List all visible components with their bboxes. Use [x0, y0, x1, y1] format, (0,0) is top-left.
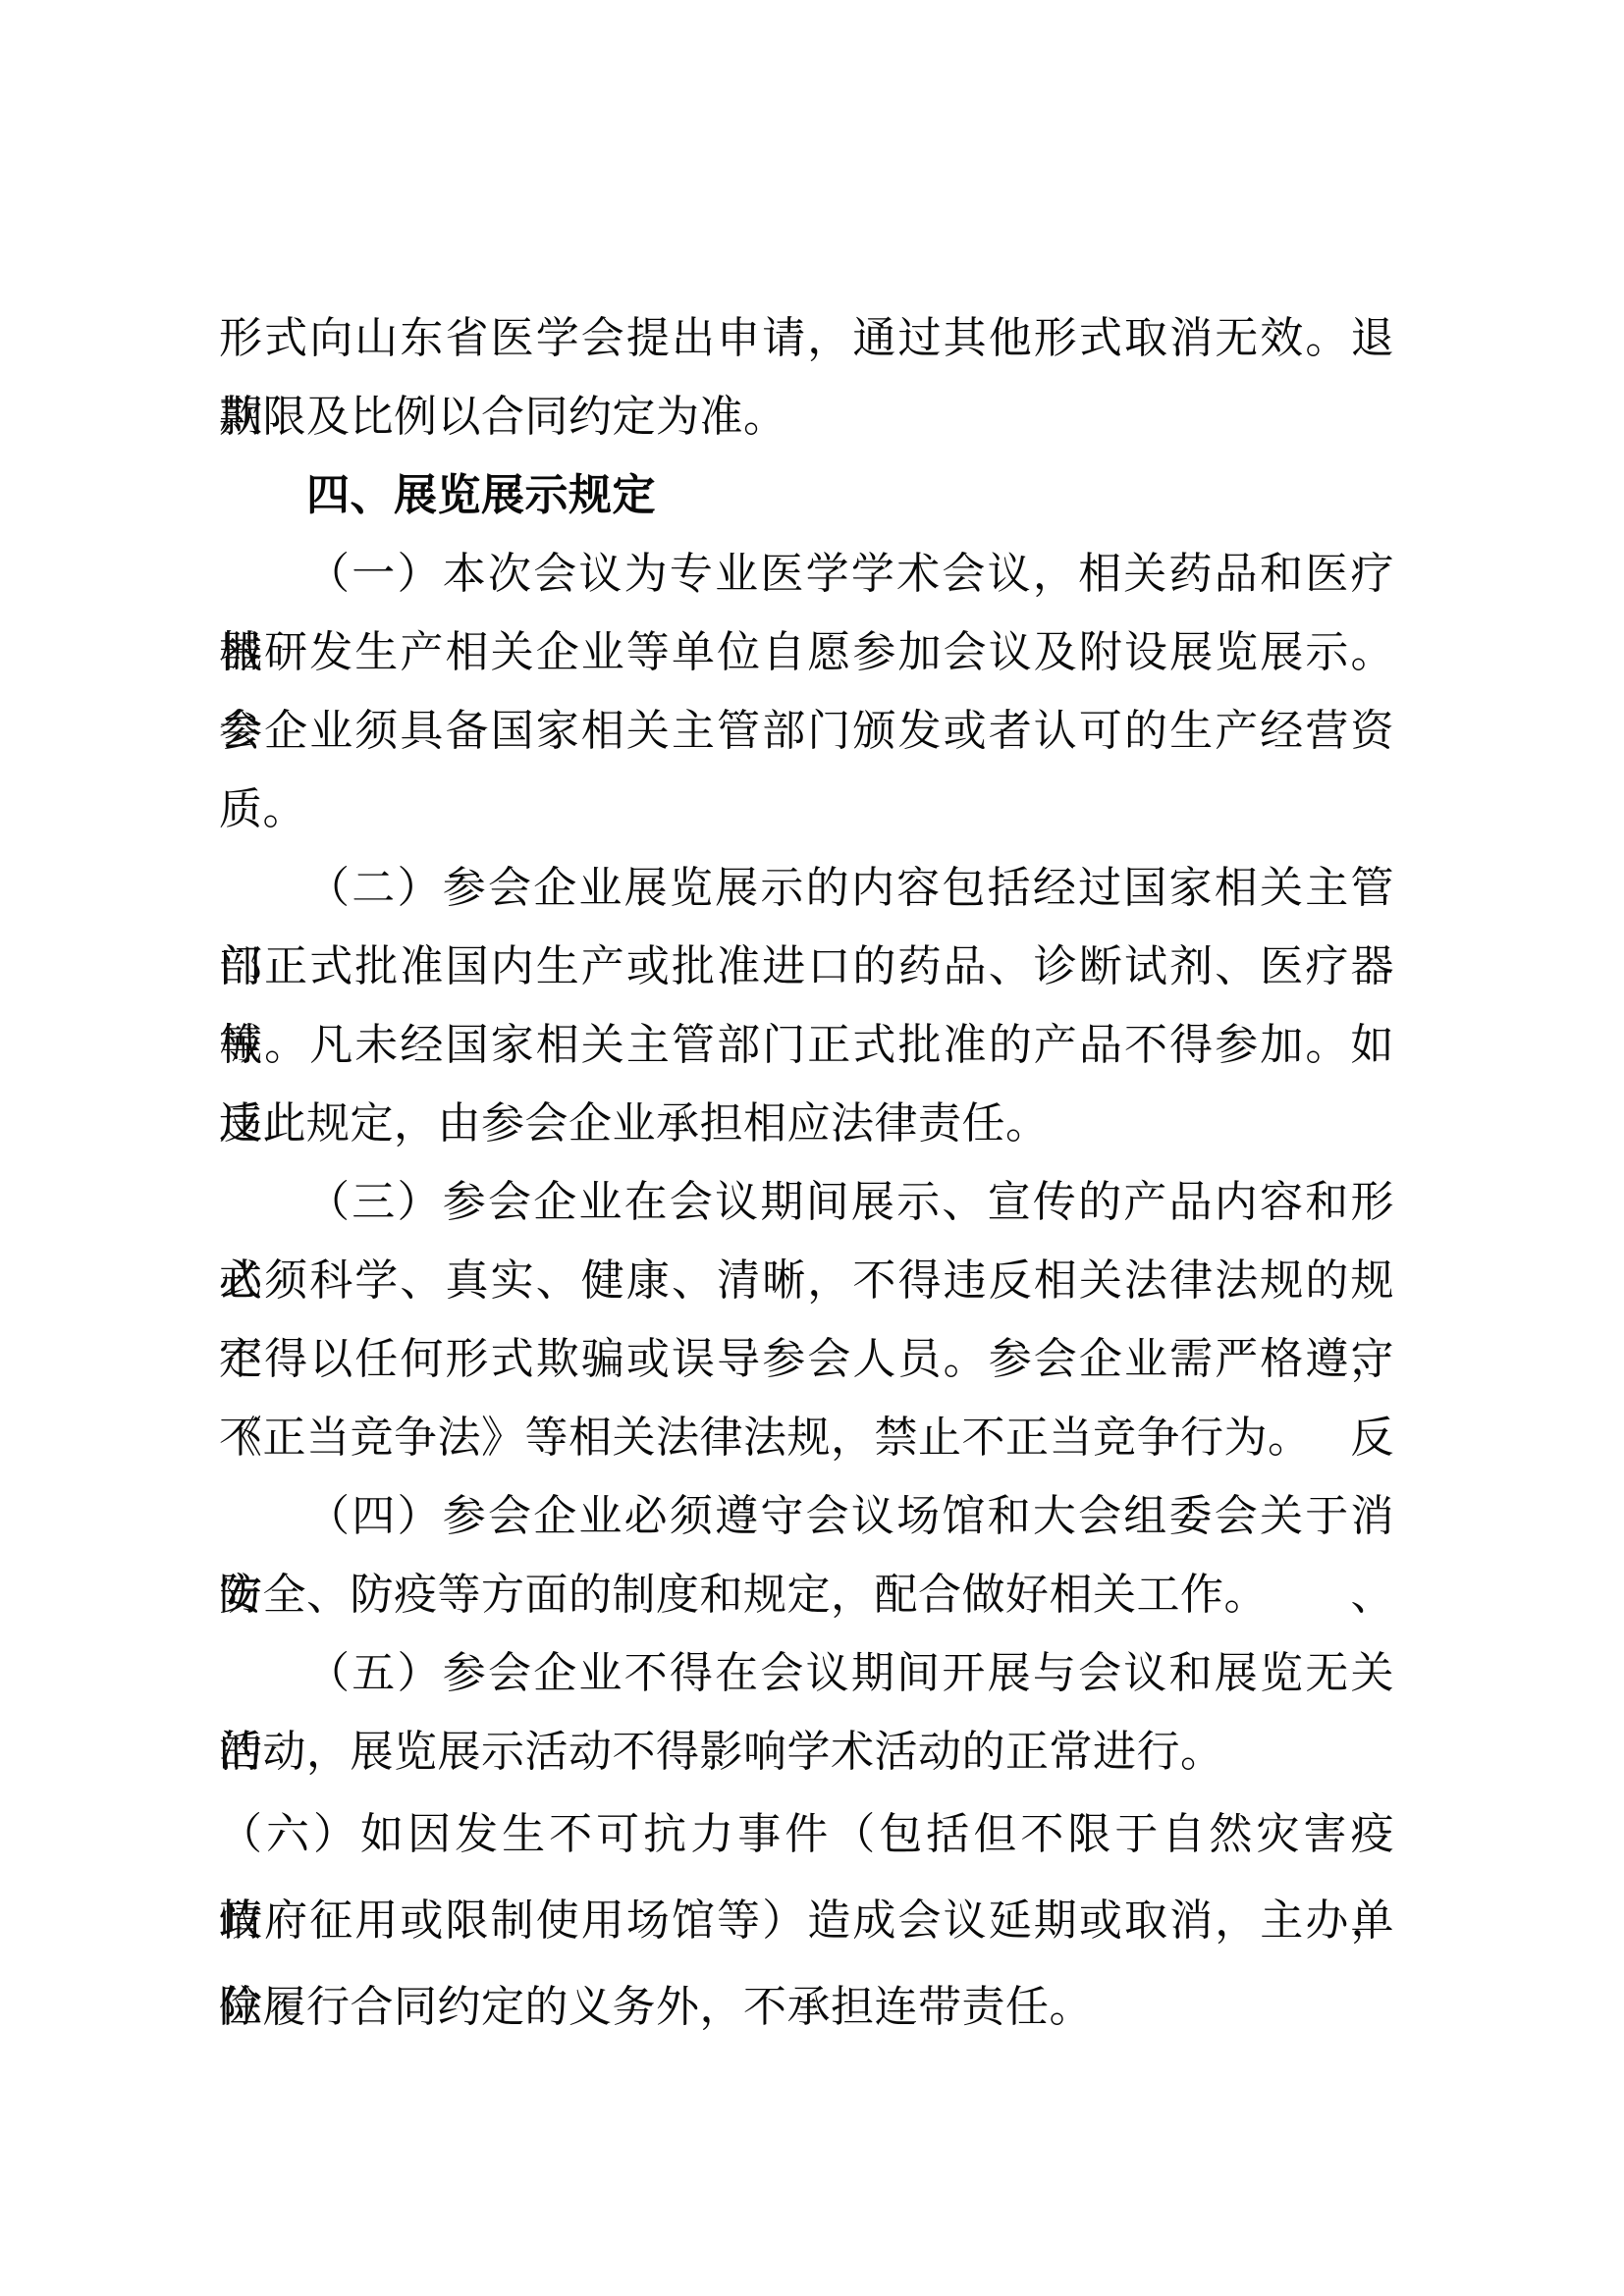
document-page: 形式向山东省医学会提出申请，通过其他形式取消无效。退款期限及比例以合同约定为准。…	[0, 0, 1624, 2296]
text-line: 不正当竞争法》等相关法律法规，禁止不正当竞争行为。	[219, 1399, 1394, 1477]
text-line: 门正式批准国内生产或批准进口的药品、诊断试剂、医疗器械	[219, 928, 1394, 1006]
text-line: （五）参会企业不得在会议期间开展与会议和展览无关的	[219, 1634, 1394, 1713]
text-line: 质。	[219, 771, 1394, 849]
text-line: 必须科学、真实、健康、清晰，不得违反相关法律法规的规定，	[219, 1242, 1394, 1320]
text-line: 反此规定，由参会企业承担相应法律责任。	[219, 1085, 1394, 1163]
text-line: 不得以任何形式欺骗或误导参会人员。参会企业需严格遵守《反	[219, 1320, 1394, 1399]
text-line: 除履行合同约定的义务外，不承担连带责任。	[219, 1964, 1394, 2051]
text-line: 活动，展览展示活动不得影响学术活动的正常进行。	[219, 1713, 1394, 1791]
text-line: 安全、防疫等方面的制度和规定，配合做好相关工作。	[219, 1556, 1394, 1634]
text-line: （四）参会企业必须遵守会议场馆和大会组委会关于消防、	[219, 1477, 1394, 1556]
text-line: 形式向山东省医学会提出申请，通过其他形式取消无效。退款	[219, 299, 1394, 378]
text-line: （一）本次会议为专业医学学术会议，相关药品和医疗器	[219, 535, 1394, 614]
text-line: 等。凡未经国家相关主管部门正式批准的产品不得参加。如违	[219, 1006, 1394, 1085]
text-line: 期限及比例以合同约定为准。	[219, 378, 1394, 456]
text-line: （三）参会企业在会议期间展示、宣传的产品内容和形式	[219, 1163, 1394, 1242]
text-block: 形式向山东省医学会提出申请，通过其他形式取消无效。退款期限及比例以合同约定为准。…	[219, 299, 1394, 2051]
section-heading: 四、展览展示规定	[219, 456, 1394, 535]
text-line: （二）参会企业展览展示的内容包括经过国家相关主管部	[219, 849, 1394, 928]
text-line: 政府征用或限制使用场馆等）造成会议延期或取消，主办单位	[219, 1878, 1394, 1964]
text-line: 械研发生产相关企业等单位自愿参加会议及附设展览展示。参	[219, 614, 1394, 692]
text-line: 会企业须具备国家相关主管部门颁发或者认可的生产经营资	[219, 692, 1394, 771]
text-line: （六）如因发生不可抗力事件（包括但不限于自然灾害疫情，	[219, 1791, 1394, 1878]
